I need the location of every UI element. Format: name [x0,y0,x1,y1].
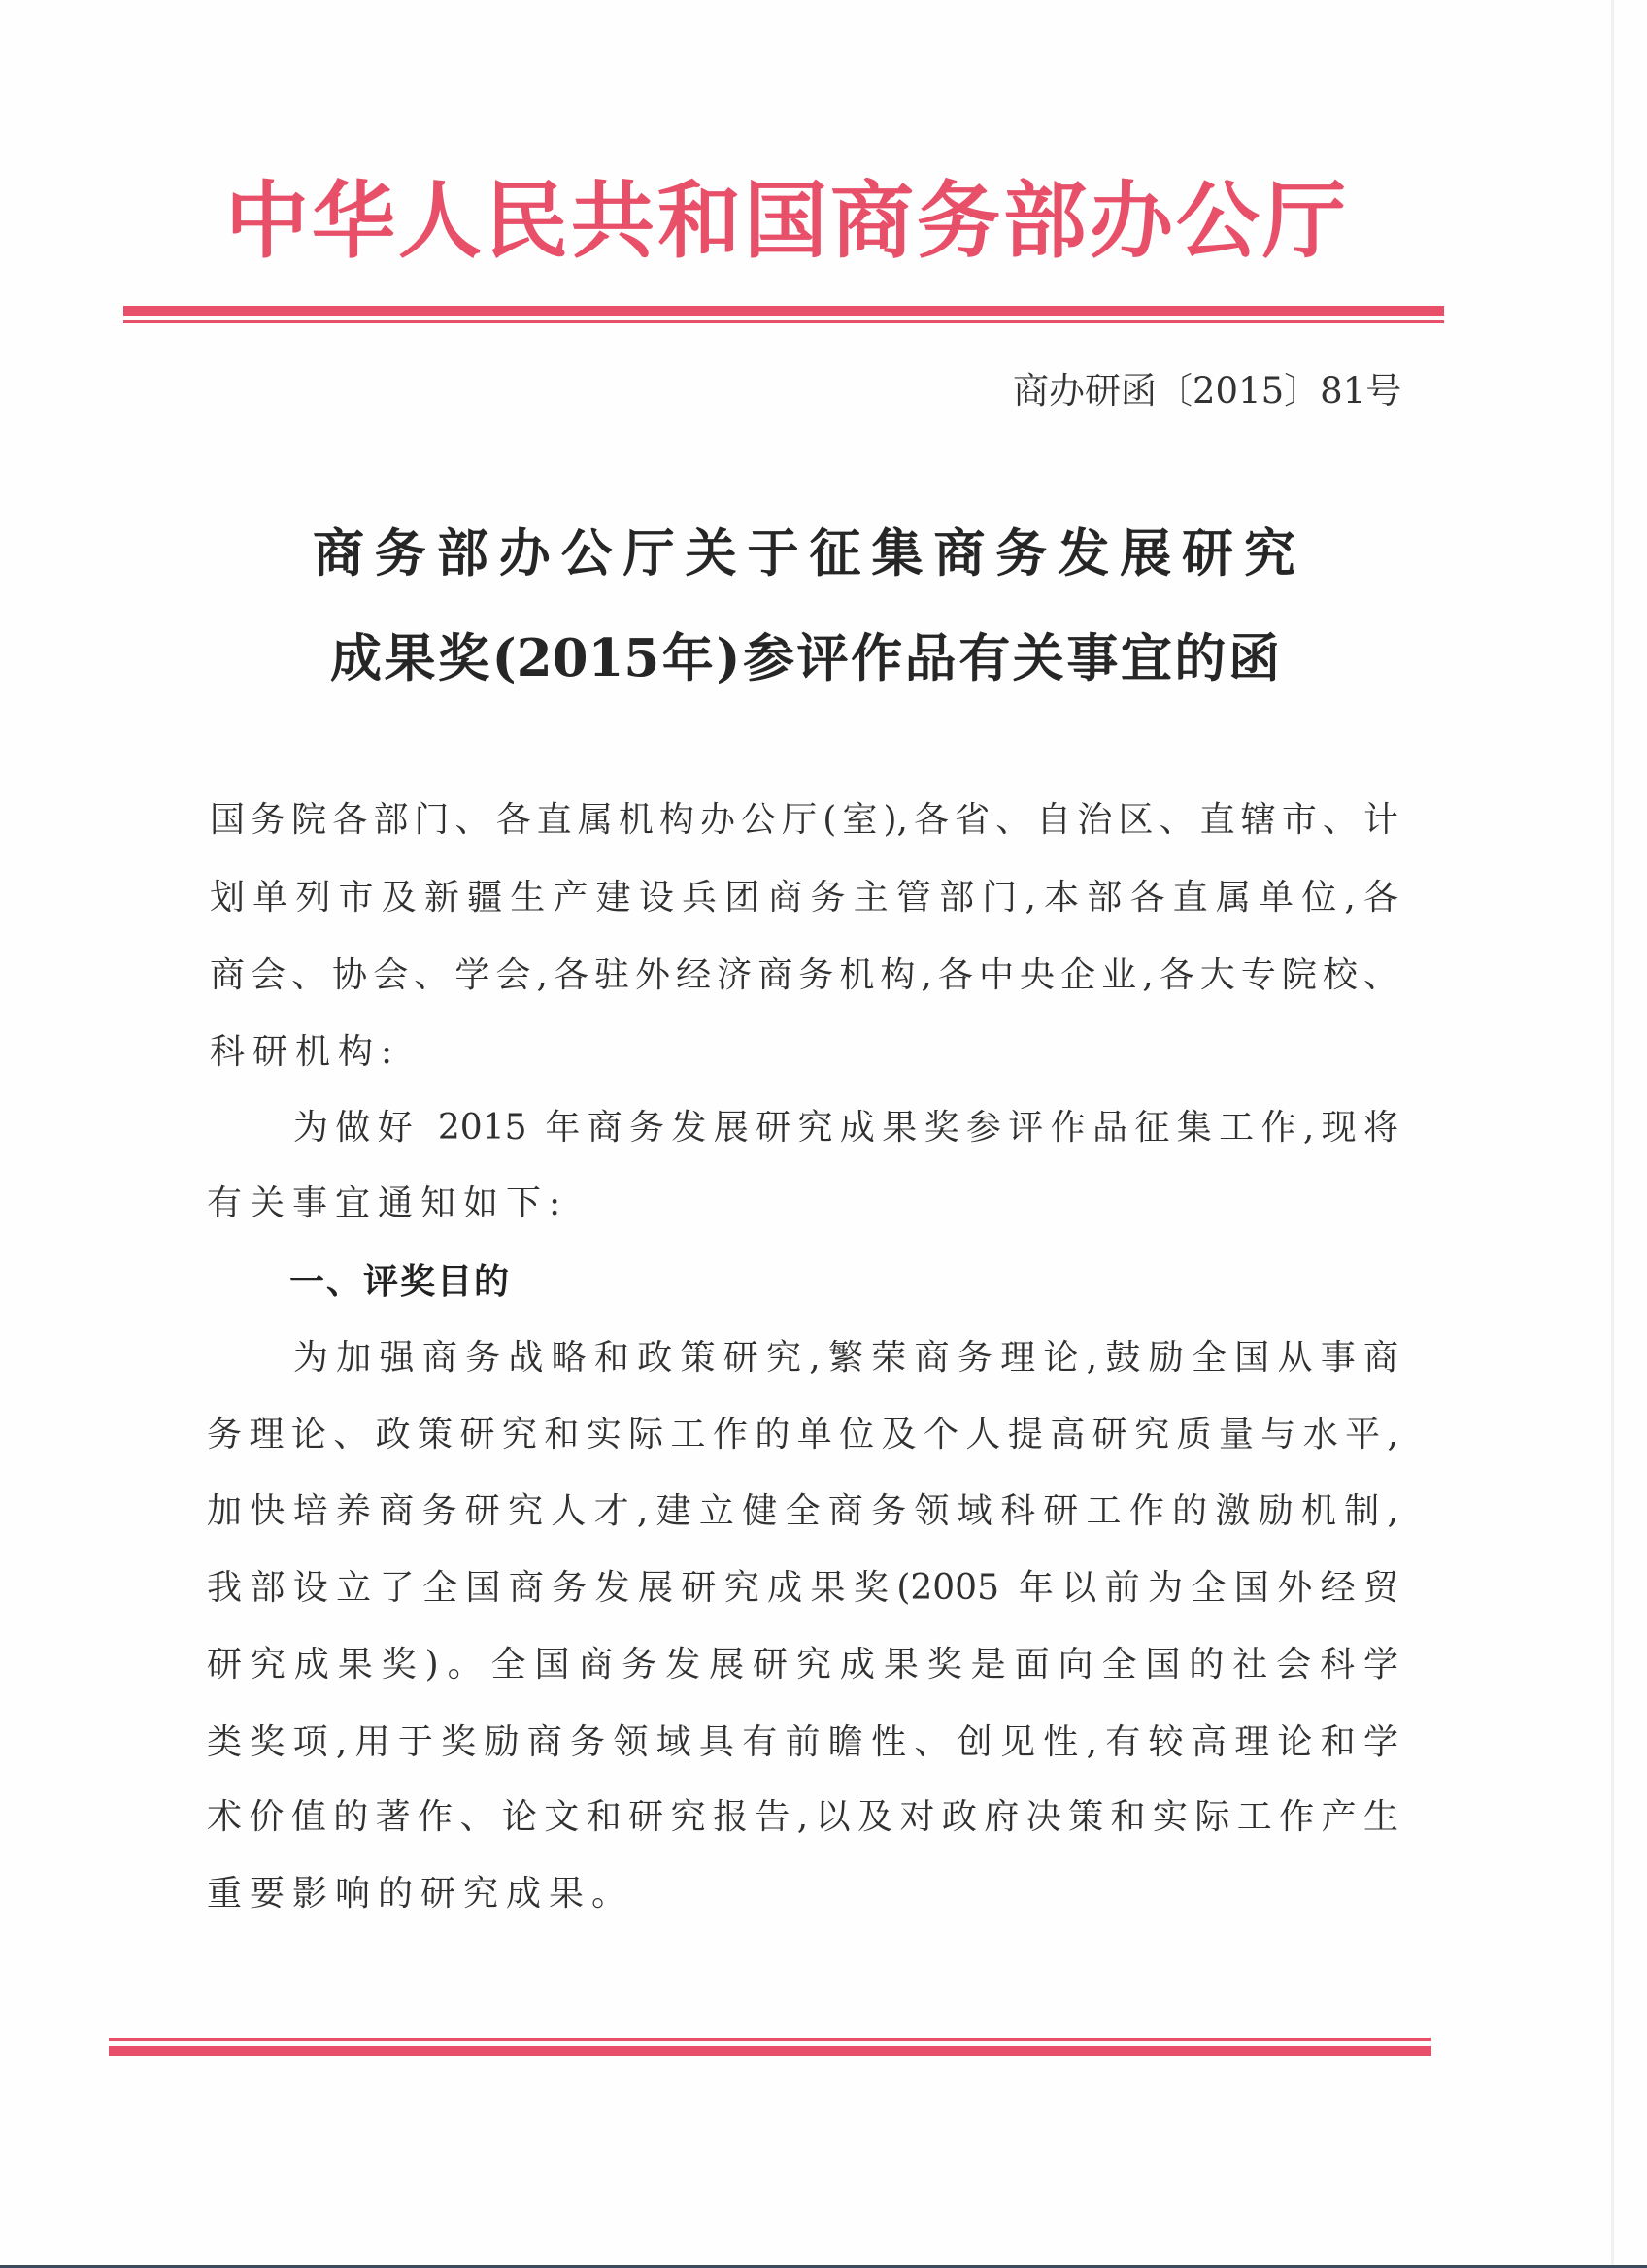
document-title-line-1: 商务部办公厅关于征集商务发展研究 [313,522,1295,584]
addressee-line-4: 科研机构: [210,1030,400,1075]
section-1-line-8: 重要影响的研究成果。 [207,1872,634,1917]
scan-edge-right [1611,0,1614,2268]
section-1-heading: 一、评奖目的 [289,1259,511,1304]
section-1-line-3: 加快培养商务研究人才,建立健全商务领域科研工作的激励机制, [207,1489,1398,1534]
section-1-line-7: 术价值的著作、论文和研究报告,以及对政府决策和实际工作产生 [207,1795,1398,1840]
intro-line-2: 有关事宜通知如下: [207,1182,568,1226]
addressee-line-1: 国务院各部门、各直属机构办公厅(室),各省、自治区、直辖市、计 [210,798,1398,843]
document-title-line-2: 成果奖(2015年)参评作品有关事宜的函 [330,627,1280,689]
footer-rule-thin [109,2038,1431,2041]
footer-rule-thick [109,2046,1431,2056]
intro-line-1: 为做好 2015 年商务发展研究成果奖参评作品征集工作,现将 [293,1106,1398,1151]
letterhead-org-name: 中华人民共和国商务部办公厅 [225,173,1346,270]
section-1-line-1: 为加强商务战略和政策研究,繁荣商务理论,鼓励全国从事商 [293,1336,1398,1381]
document-page: 中华人民共和国商务部办公厅 商办研函〔2015〕81号 商务部办公厅关于征集商务… [0,0,1647,2268]
section-1-line-5: 研究成果奖)。全国商务发展研究成果奖是面向全国的社会科学 [207,1643,1398,1687]
section-1-line-6: 类奖项,用于奖励商务领域具有前瞻性、创见性,有较高理论和学 [207,1720,1398,1765]
addressee-line-3: 商会、协会、学会,各驻外经济商务机构,各中央企业,各大专院校、 [210,953,1398,998]
document-reference-number: 商办研函〔2015〕81号 [1013,369,1399,414]
addressee-line-2: 划单列市及新疆生产建设兵团商务主管部门,本部各直属单位,各 [210,876,1398,920]
section-1-line-2: 务理论、政策研究和实际工作的单位及个人提高研究质量与水平, [207,1413,1398,1457]
section-1-line-4: 我部设立了全国商务发展研究成果奖(2005 年以前为全国外经贸 [207,1566,1398,1611]
letterhead-rule-thin [123,320,1444,323]
letterhead-rule-thick [123,306,1444,316]
